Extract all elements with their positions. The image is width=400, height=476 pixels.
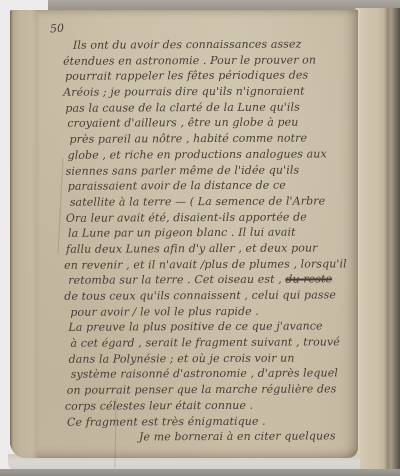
manuscript-line: retomba sur la terre . Cet oiseau est , … [64, 272, 362, 289]
page-number: 50 [50, 22, 65, 36]
manuscript-line-text: retomba sur la terre . Cet oiseau est , [68, 273, 285, 287]
manuscript-line: paraissaient avoir de la distance de ce [64, 177, 362, 194]
manuscript-line: dans la Polynésie ; et où je crois voir … [65, 350, 363, 367]
manuscript-line: corps célestes leur était connue . [65, 397, 363, 414]
scanned-notebook-page: 50 Ils ont du avoir des connaissances as… [0, 0, 400, 476]
manuscript-line-text: en revenir , et il n'avait /plus de plum… [64, 257, 347, 271]
manuscript-line-text: dans la Polynésie ; et où je crois voir … [69, 351, 295, 365]
manuscript-line-text: Ce fragment est très énigmatique . [67, 414, 266, 428]
manuscript-line-text: croyaient d'ailleurs , être un globe à p… [67, 116, 298, 130]
manuscript-line-text: on pourrait penser que la marche réguliè… [67, 382, 337, 396]
manuscript-line: système raisonné d'astronomie , d'après … [65, 366, 363, 383]
manuscript-line-text: La preuve la plus positive de ce que j'a… [68, 320, 322, 334]
manuscript-line: pas la cause de la clarté de la Lune qu'… [63, 99, 361, 116]
manuscript-line: Ora leur avait été, disaient-ils apporté… [64, 209, 362, 226]
manuscript-line: à cet égard , serait le fragment suivant… [64, 334, 362, 351]
manuscript-line-text: paraissaient avoir de la distance de ce [68, 179, 286, 193]
manuscript-line-text: la Lune par un pigeon blanc . Il lui ava… [68, 226, 296, 240]
manuscript-line: Ce fragment est très énigmatique . [65, 413, 363, 430]
manuscript-line: près pareil au nôtre , habité comme notr… [63, 130, 361, 147]
manuscript-line: globe , et riche en productions analogue… [64, 146, 362, 163]
manuscript-line: fallu deux Lunes afin d'y aller , et deu… [64, 240, 362, 257]
manuscript-line-text: pas la cause de la clarté de la Lune qu'… [65, 100, 300, 114]
manuscript-line: Ils ont du avoir des connaissances assez [63, 36, 361, 53]
manuscript-line-text: fallu deux Lunes afin d'y aller , et deu… [66, 241, 318, 255]
manuscript-line-text: siennes sans parler même de l'idée qu'il… [66, 163, 300, 177]
page-deckle-edge [10, 10, 40, 458]
manuscript-line-text: Aréois ; je pourrais dire qu'ils n'ignor… [63, 85, 305, 99]
manuscript-line-text: pourrait rappeler les fêtes périodiques … [65, 69, 308, 83]
manuscript-line: Je me bornerai à en citer quelques [65, 428, 363, 445]
manuscript-line-text: corps célestes leur était connue . [65, 399, 253, 413]
scanner-background-bottom [0, 469, 400, 476]
struck-out-text: du reste [285, 273, 332, 286]
manuscript-line-text: à cet égard , serait le fragment suivant… [71, 335, 340, 349]
manuscript-line-text: système raisonné d'astronomie , d'après … [71, 367, 338, 381]
manuscript-line: Aréois ; je pourrais dire qu'ils n'ignor… [63, 83, 361, 100]
manuscript-line: on pourrait penser que la marche réguliè… [65, 381, 363, 398]
manuscript-line-text: pour avoir / le vol le plus rapide . [70, 304, 259, 318]
manuscript-line: satellite à la terre — ( La semence de l… [64, 193, 362, 210]
paper-crease [58, 158, 64, 253]
manuscript-line-text: près pareil au nôtre , habité comme notr… [69, 132, 307, 146]
manuscript-line-text: Je me bornerai à en citer quelques [139, 430, 336, 444]
manuscript-line-text: satellite à la terre — ( La semence de l… [70, 194, 325, 208]
manuscript-line: la Lune par un pigeon blanc . Il lui ava… [64, 224, 362, 241]
manuscript-line-text: Ils ont du avoir des connaissances assez [73, 38, 302, 52]
manuscript-line: siennes sans parler même de l'idée qu'il… [64, 162, 362, 179]
manuscript-line: pour avoir / le vol le plus rapide . [64, 303, 362, 320]
manuscript-line-text: globe , et riche en productions analogue… [68, 147, 327, 161]
manuscript-line: étendues en astronomie . Pour le prouver… [63, 52, 361, 69]
manuscript-line: croyaient d'ailleurs , être un globe à p… [63, 115, 361, 132]
manuscript-line-text: de tous ceux qu'ils connaissent , celui … [64, 288, 336, 302]
manuscript-line-text: Ora leur avait été, disaient-ils apporté… [66, 210, 307, 224]
manuscript-line: de tous ceux qu'ils connaissent , celui … [64, 287, 362, 304]
manuscript-line: La preuve la plus positive de ce que j'a… [64, 319, 362, 336]
manuscript-page: 50 Ils ont du avoir des connaissances as… [10, 10, 358, 458]
manuscript-lines: Ils ont du avoir des connaissances assez… [63, 36, 363, 445]
manuscript-line: pourrait rappeler les fêtes périodiques … [63, 68, 361, 85]
manuscript-line: en revenir , et il n'avait /plus de plum… [64, 256, 362, 273]
manuscript-line-text: étendues en astronomie . Pour le prouver… [63, 53, 316, 67]
